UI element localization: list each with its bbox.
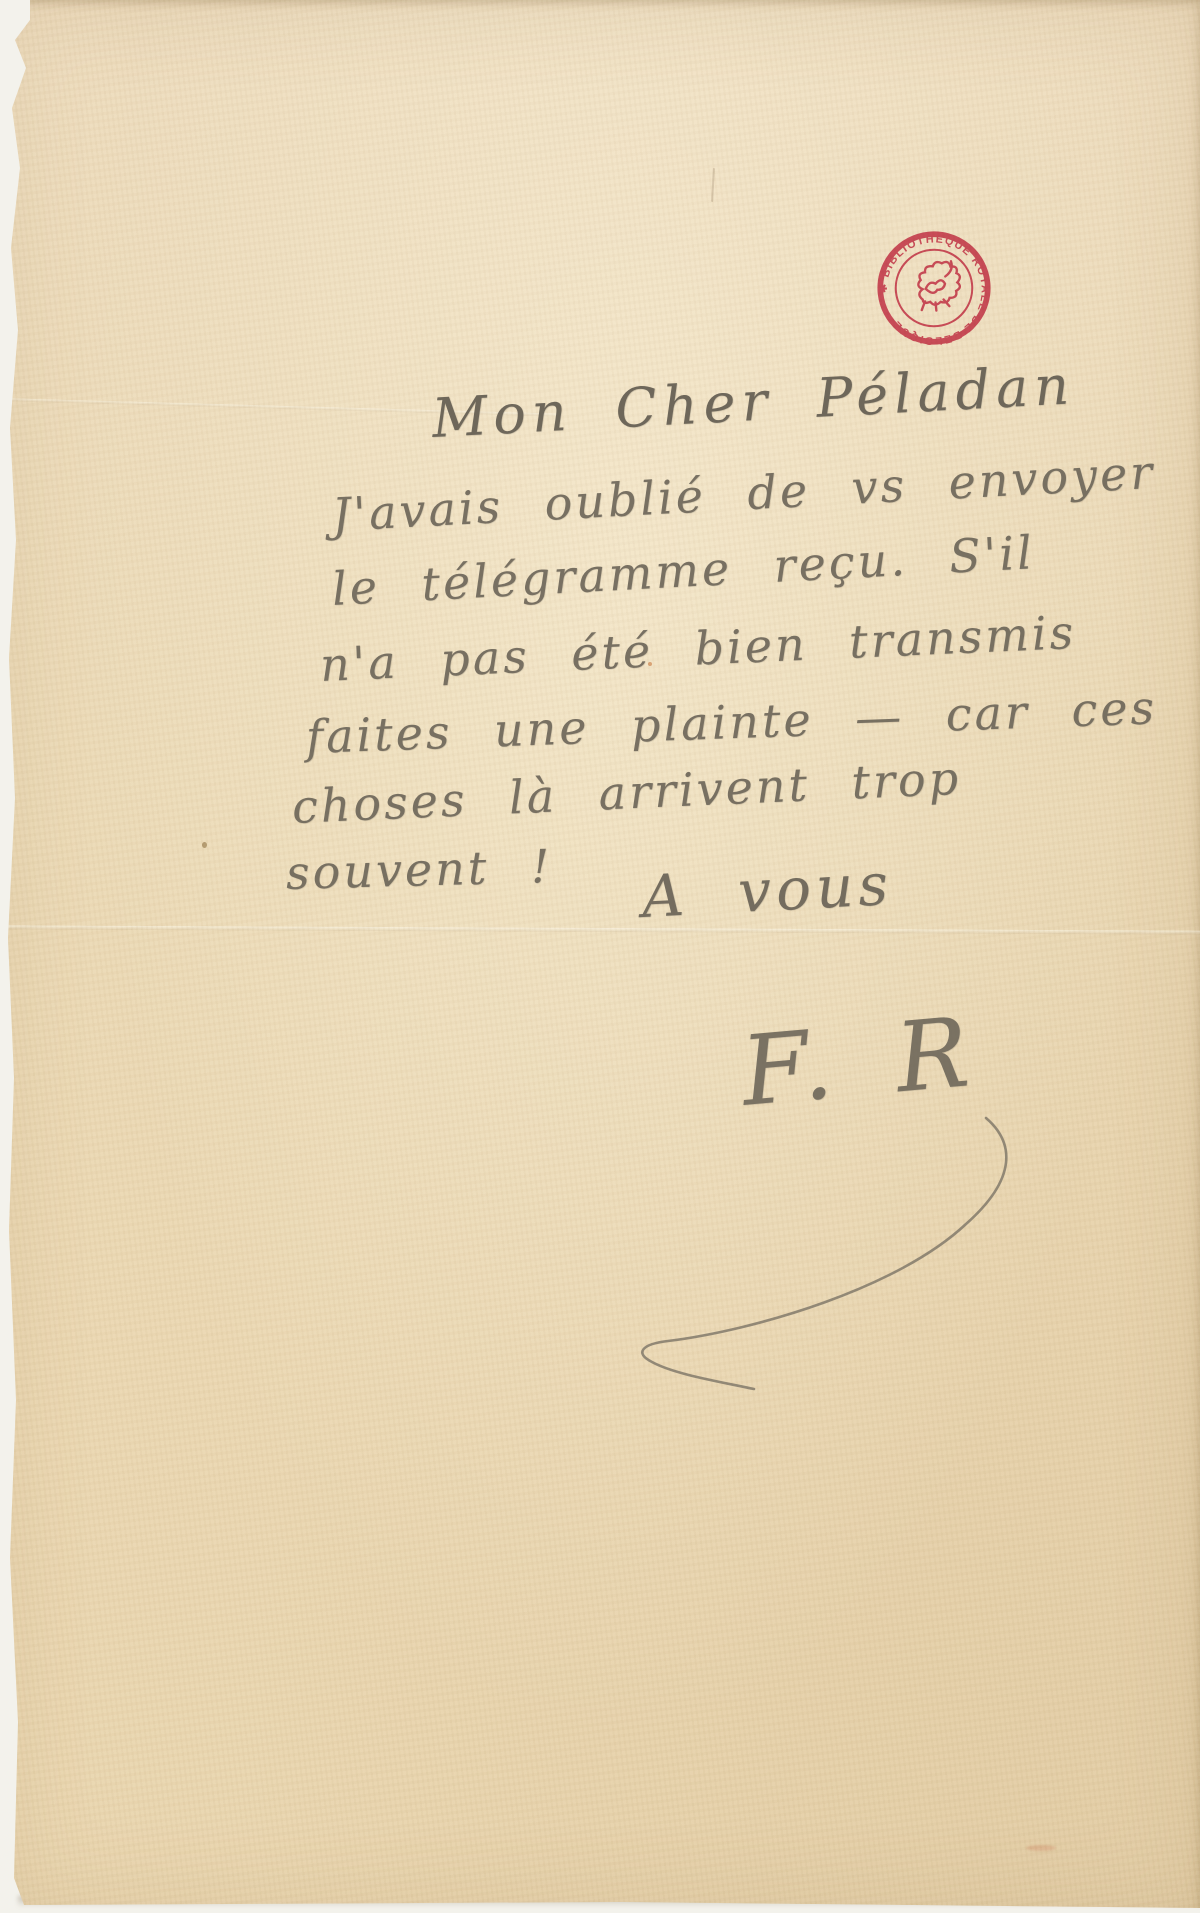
- belgian-lion-icon: [916, 260, 963, 312]
- letter-paper: [0, 0, 1200, 1913]
- letter-closing: A vous: [640, 855, 894, 926]
- foxing-speck: [1026, 1845, 1056, 1851]
- stamp-outer-ring: [875, 229, 993, 347]
- stamp-inner-ring: [892, 246, 976, 330]
- foxing-speck: [202, 842, 207, 848]
- library-stamp: ✱ BIBLIOTHÈQUE ROYALE DE BELGIQUE: [866, 220, 1002, 356]
- handwriting-line: souvent !: [285, 843, 552, 896]
- signature-initials: F. R: [738, 1004, 980, 1120]
- letter-scan: ✱ BIBLIOTHÈQUE ROYALE DE BELGIQUE Mon Ch…: [0, 0, 1200, 1913]
- stamp-ring-text: ✱ BIBLIOTHÈQUE ROYALE DE BELGIQUE: [872, 227, 997, 352]
- paper-fiber-mark: [711, 168, 715, 202]
- fold-crease-horizontal: [0, 925, 1200, 934]
